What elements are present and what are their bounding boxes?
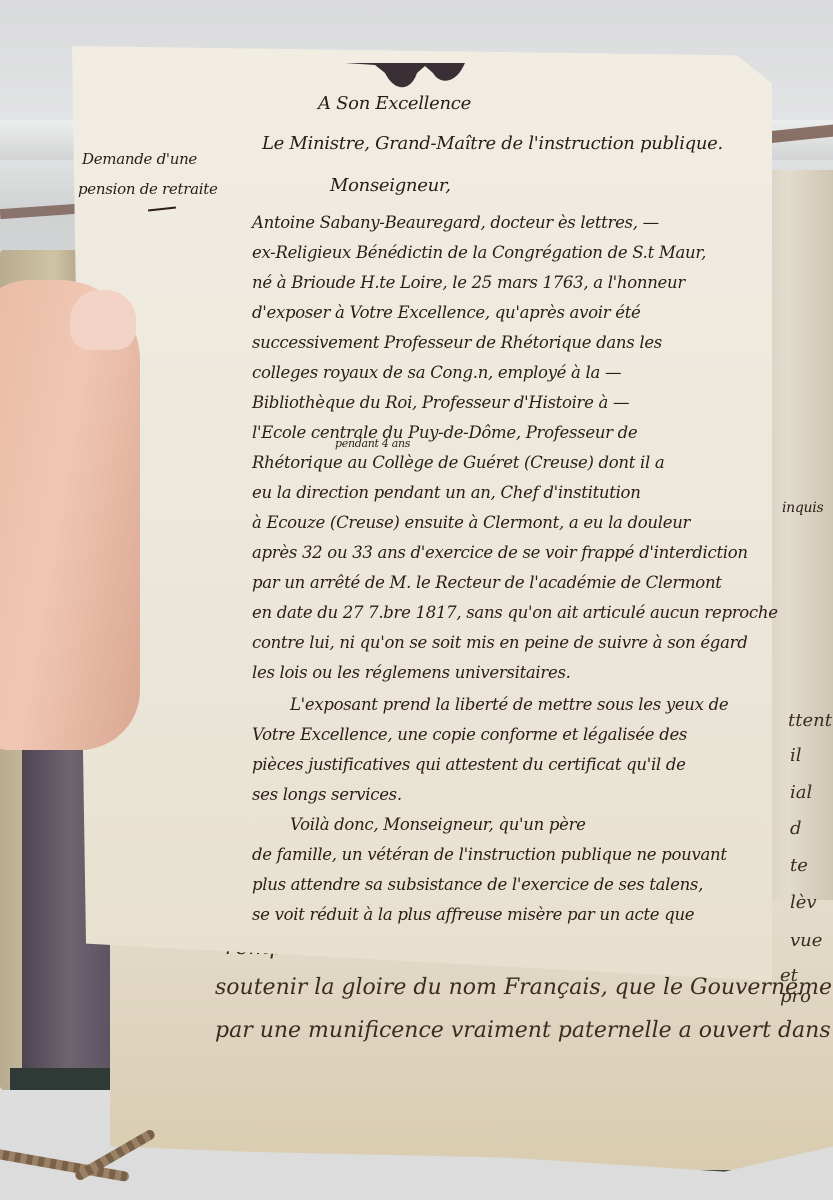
ink-blot xyxy=(345,63,465,93)
letter-line: L'exposant prend la liberté de mettre so… xyxy=(290,695,728,714)
text-fragment: il xyxy=(790,745,802,766)
letter-line: d'exposer à Votre Excellence, qu'après a… xyxy=(252,303,641,322)
letter-line: à Ecouze (Creuse) ensuite à Clermont, a … xyxy=(252,513,690,532)
letter-line: colleges royaux de sa Cong.n, employé à … xyxy=(252,363,621,382)
letter-line: ex-Religieux Bénédictin de la Congrégati… xyxy=(252,243,706,262)
text-fragment: te xyxy=(790,855,808,876)
letter-line: pièces justificatives qui attestent du c… xyxy=(252,755,686,774)
letter-line: contre lui, ni qu'on se soit mis en pein… xyxy=(252,633,747,652)
hand-thumb xyxy=(0,280,140,750)
recipient-line: Le Ministre, Grand-Maître de l'instructi… xyxy=(262,133,723,154)
margin-note: Demande d'une xyxy=(82,150,197,168)
letter-line: né à Brioude H.te Loire, le 25 mars 1763… xyxy=(252,273,685,292)
letter-line: après 32 ou 33 ans d'exercice de se voir… xyxy=(252,543,748,562)
thumbnail-nail xyxy=(70,290,136,350)
marginal-note: inquis xyxy=(782,500,823,516)
letter-line: de famille, un vétéran de l'instruction … xyxy=(252,845,727,864)
letter-line: se voit réduit à la plus affreuse misère… xyxy=(252,905,694,924)
letter-line: par un arrêté de M. le Recteur de l'acad… xyxy=(252,573,722,592)
letter-line: en date du 27 7.bre 1817, sans qu'on ait… xyxy=(252,603,778,622)
archive-folder-green xyxy=(10,1068,120,1090)
letter-line: Antoine Sabany-Beauregard, docteur ès le… xyxy=(252,213,659,232)
text-fragment: et pro xyxy=(780,965,833,1007)
letter-line: Bibliothèque du Roi, Professeur d'Histoi… xyxy=(252,393,629,412)
margin-note: pension de retraite xyxy=(78,180,218,198)
text-fragment: lèv xyxy=(790,892,817,913)
text-fragment: d xyxy=(790,818,802,839)
letter-line: l'Ecole centrale du Puy-de-Dôme, Profess… xyxy=(252,423,637,442)
letter-line: les lois ou les réglemens universitaires… xyxy=(252,663,571,682)
text-fragment: ial xyxy=(790,782,812,803)
letter-line: Votre Excellence, une copie conforme et … xyxy=(252,725,687,744)
letter-line: eu la direction pendant un an, Chef d'in… xyxy=(252,483,641,502)
text-fragment: ttentio xyxy=(788,710,833,731)
letter-line: ses longs services. xyxy=(252,785,402,804)
letter-line: Voilà donc, Monseigneur, qu'un père xyxy=(290,815,586,834)
salutation: Monseigneur, xyxy=(330,175,451,196)
letter-line: plus attendre sa subsistance de l'exerci… xyxy=(252,875,703,894)
interlinear-note: pendant 4 ans xyxy=(335,437,410,450)
back-line: par une munificence vraiment paternelle … xyxy=(215,1018,831,1043)
letter-line: Rhétorique au Collège de Guéret (Creuse)… xyxy=(252,453,664,472)
text-fragment: vue xyxy=(790,930,822,951)
photo-scene: remplie vos vœux, c'est pour soutenir la… xyxy=(0,0,833,1200)
address-line: A Son Excellence xyxy=(318,93,471,114)
letter-line: successivement Professeur de Rhétorique … xyxy=(252,333,662,352)
